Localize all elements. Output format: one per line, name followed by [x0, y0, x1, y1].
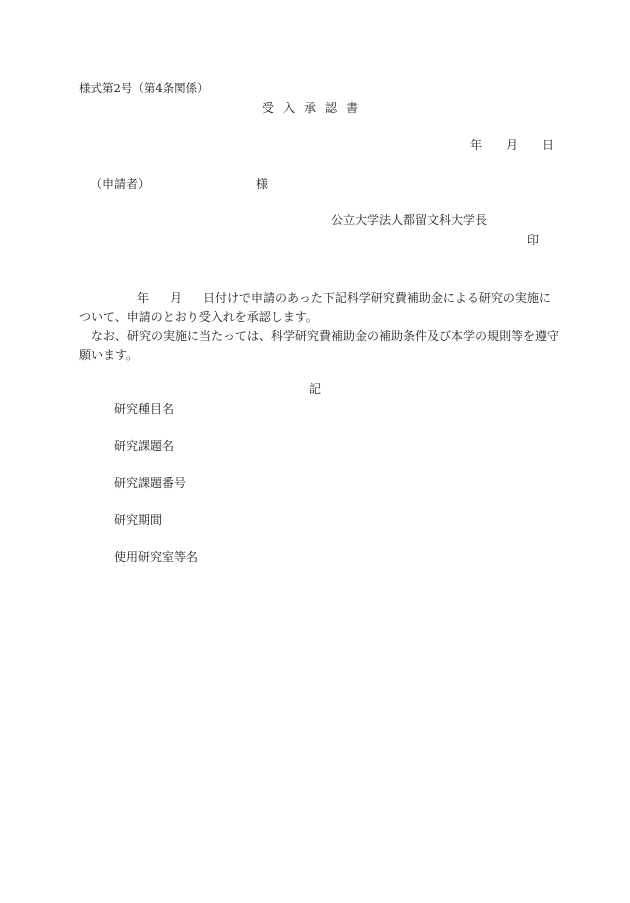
item-research-period: 研究期間	[114, 513, 162, 527]
body-month-label: 月	[170, 289, 203, 308]
item-research-title: 研究課題名	[114, 439, 174, 453]
date-year-label: 年	[470, 138, 506, 152]
body-line-1: 年月日付けで申請のあった下記科学研究費補助金による研究の実施に	[79, 289, 554, 308]
form-number: 様式第2号（第4条関係）	[79, 81, 209, 95]
date-row: 年月日	[470, 138, 554, 152]
body-line-3: なお、研究の実施に当たっては、科学研究費補助金の補助条件及び本学の規則等を遵守	[79, 327, 554, 346]
body-line-2: ついて、申請のとおり受入れを承認します。	[79, 308, 554, 327]
item-research-number: 研究課題番号	[114, 476, 186, 490]
date-day-label: 日	[542, 138, 554, 152]
honorific-sama: 様	[256, 177, 268, 191]
body-line-4: 願います。	[79, 346, 554, 365]
ki-heading: 記	[309, 382, 321, 396]
applicant-label: （申請者）	[90, 177, 150, 191]
body-line-1-text: 日付けで申請のあった下記科学研究費補助金による研究の実施に	[203, 291, 551, 305]
document-title: 受入承認書	[262, 101, 367, 115]
issuer-name: 公立大学法人都留文科大学長	[331, 213, 487, 227]
body-year-label: 年	[137, 289, 170, 308]
item-research-category: 研究種目名	[114, 402, 174, 416]
date-month-label: 月	[506, 138, 542, 152]
item-lab-name: 使用研究室等名	[114, 550, 198, 564]
body-paragraph: 年月日付けで申請のあった下記科学研究費補助金による研究の実施に ついて、申請のと…	[79, 289, 554, 365]
seal-mark: 印	[527, 233, 539, 247]
